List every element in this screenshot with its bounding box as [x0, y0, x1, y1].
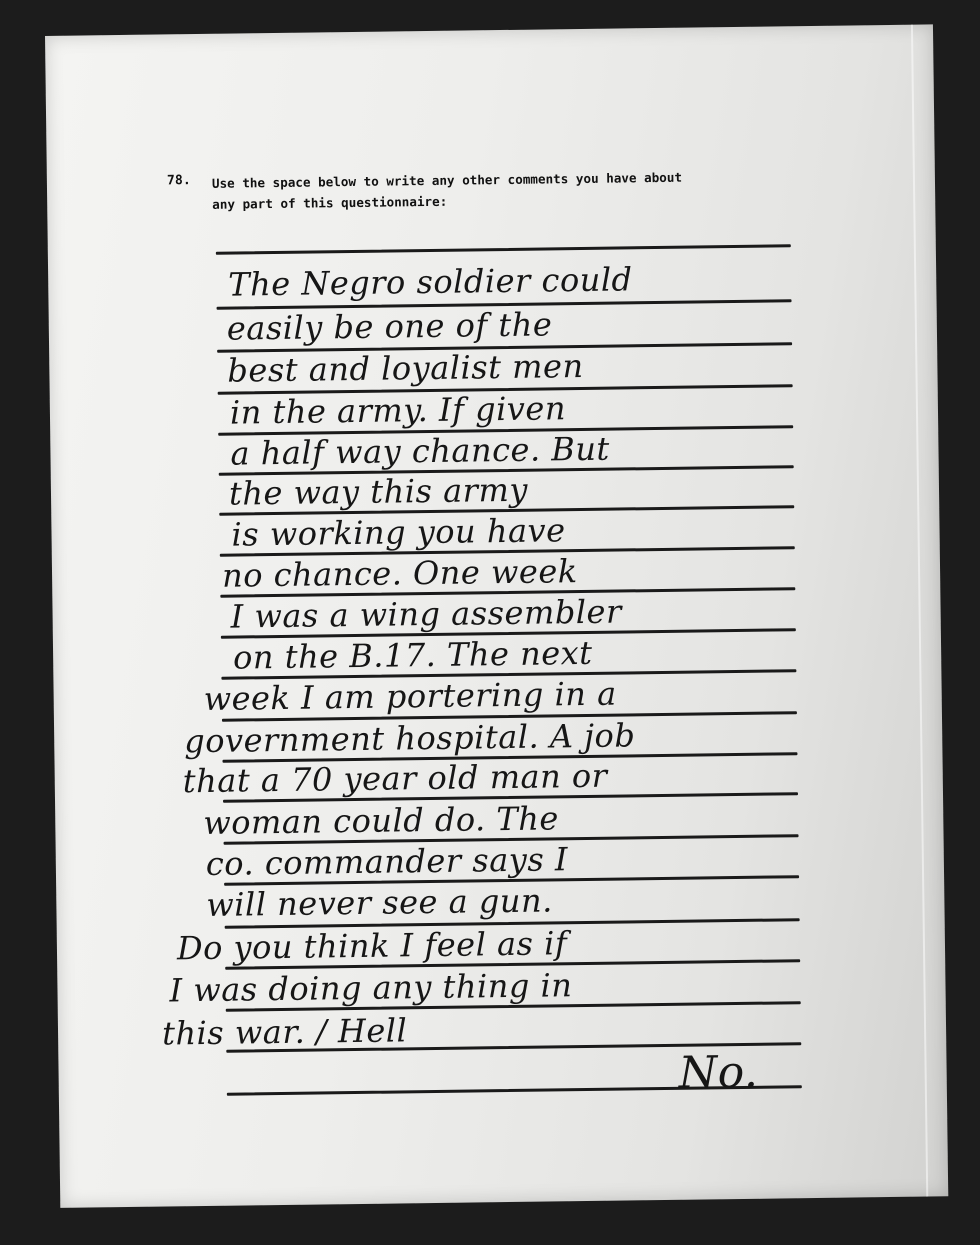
handwritten-line: week I am portering in a	[203, 675, 616, 718]
handwritten-line: on the B.17. The next	[233, 634, 593, 677]
handwritten-line: I was doing any thing in	[169, 966, 572, 1009]
handwritten-line: I was a wing assembler	[230, 593, 622, 636]
handwritten-line: the way this army	[229, 471, 528, 513]
handwritten-line: easily be one of the	[227, 305, 553, 347]
handwritten-line: government hospital. A job	[184, 716, 636, 760]
handwritten-line: a half way chance. But	[230, 430, 610, 473]
question-number: 78.	[167, 173, 191, 188]
questionnaire-page: 78. Use the space below to write any oth…	[45, 24, 948, 1208]
handwritten-line: will never see a gun.	[206, 881, 553, 924]
handwritten-line: The Negro soldier could	[228, 260, 633, 303]
handwritten-line: best and loyalist men	[227, 347, 584, 390]
handwritten-response: The Negro soldier couldeasily be one of …	[45, 24, 933, 36]
ruled-line	[216, 244, 791, 254]
handwritten-line: woman could do. The	[203, 799, 559, 842]
handwritten-line: that a 70 year old man or	[183, 757, 608, 801]
ruled-lines	[45, 24, 933, 36]
handwritten-line: in the army. If given	[230, 389, 566, 431]
handwritten-line: Do you think I feel as if	[177, 924, 568, 967]
handwritten-line: No.	[678, 1047, 758, 1099]
handwritten-line: is working you have	[231, 511, 565, 553]
question-prompt: Use the space below to write any other c…	[212, 165, 812, 215]
handwritten-line: co. commander says I	[206, 840, 569, 883]
handwritten-line: this war. / Hell	[162, 1011, 408, 1052]
handwritten-line: no chance. One week	[222, 552, 578, 595]
